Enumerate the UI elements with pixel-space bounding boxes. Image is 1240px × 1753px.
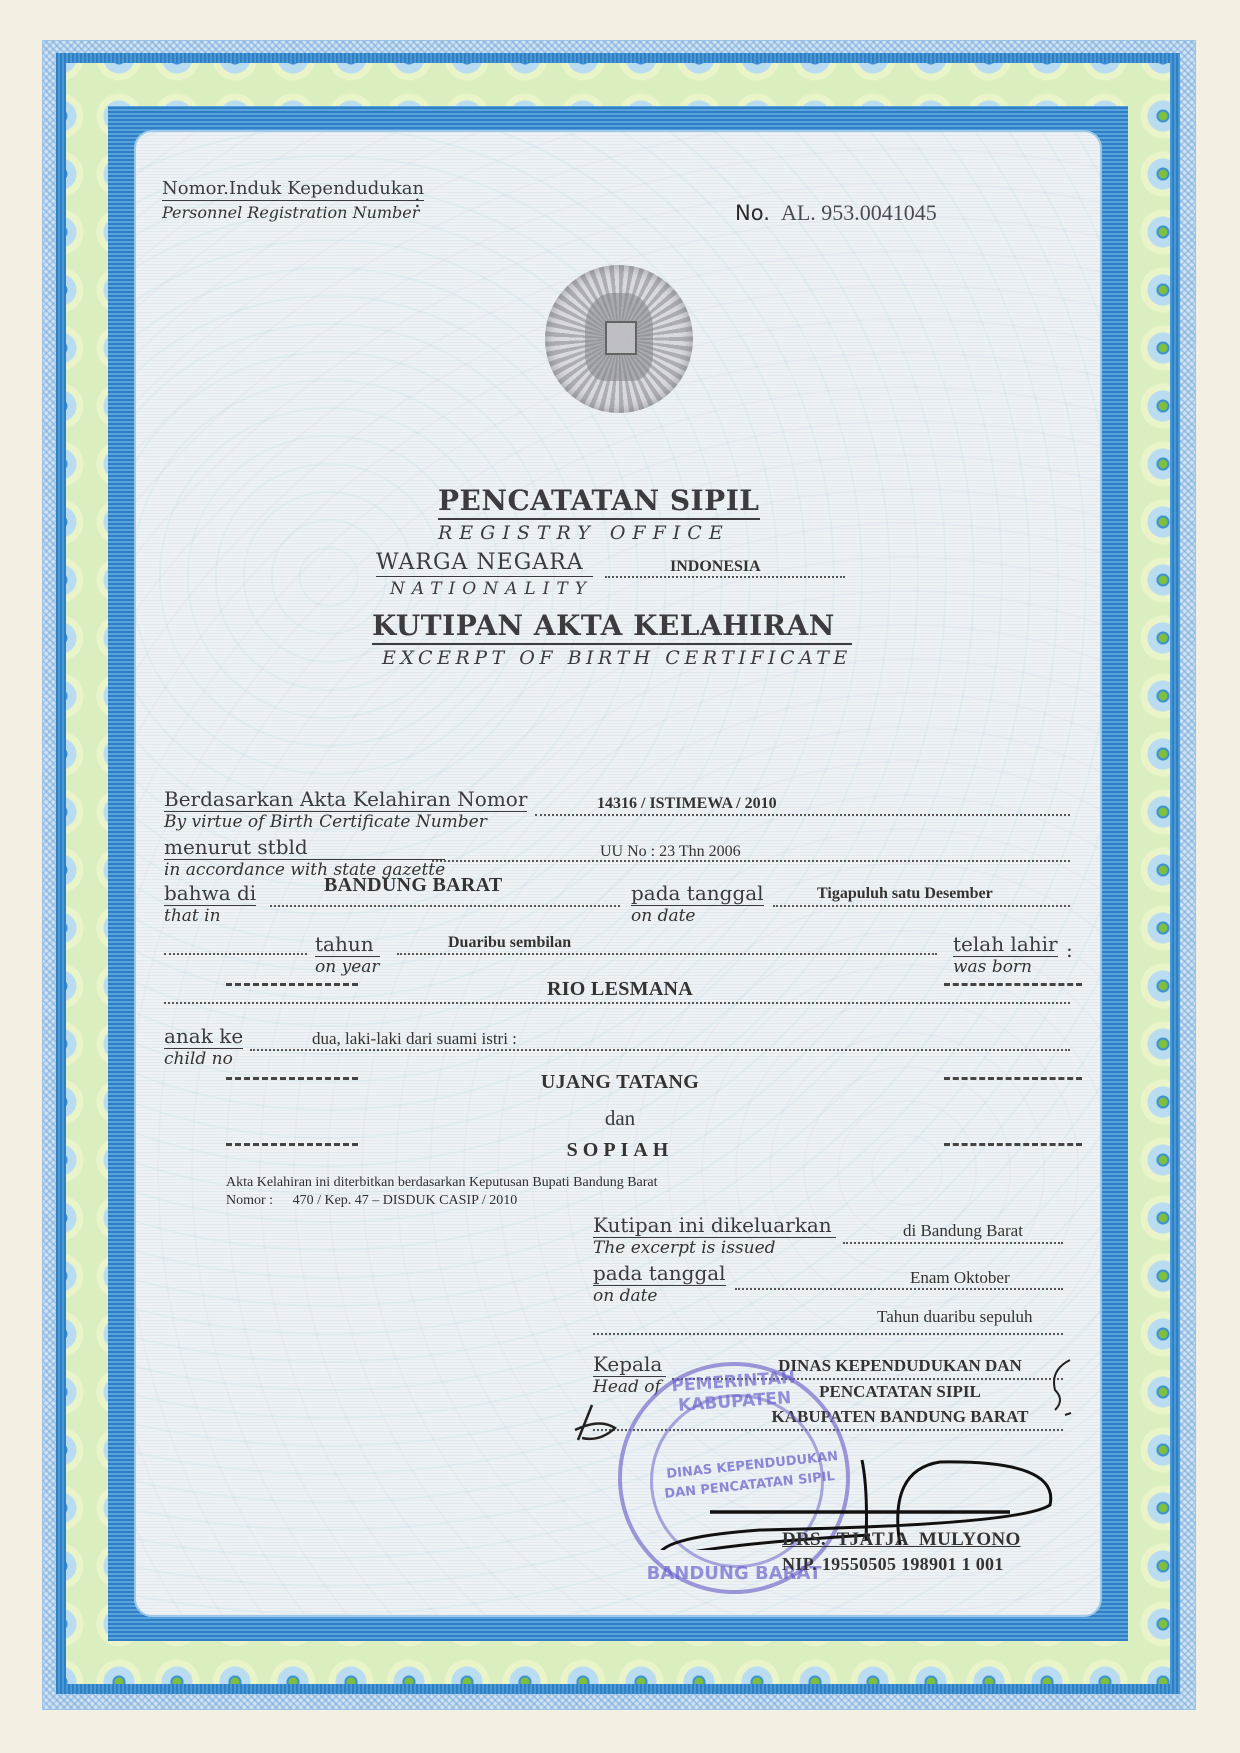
paraf-mark-icon	[1045, 1355, 1085, 1435]
document-title: KUTIPAN AKTA KELAHIRAN	[372, 609, 852, 645]
pancasila-shield-shape	[605, 321, 637, 355]
issued-label-block: Kutipan ini dikeluarkan The excerpt is i…	[593, 1215, 836, 1257]
office-title-en: REGISTRY OFFICE	[438, 522, 760, 544]
gazette-label: menurut stbld	[164, 837, 445, 860]
document-title-block: KUTIPAN AKTA KELAHIRAN EXCERPT OF BIRTH …	[372, 609, 852, 669]
paraf-initial-icon	[570, 1400, 630, 1450]
year-left-dotted-line	[164, 953, 307, 955]
child-no-value: dua, laki-laki dari suami istri :	[312, 1030, 517, 1047]
year-label-en: on year	[315, 959, 380, 976]
place-dotted-line	[270, 905, 620, 907]
birth-date-label: pada tanggal	[631, 883, 764, 906]
mother-name: SOPIAH	[520, 1140, 720, 1160]
year-label-block: tahun on year	[315, 934, 380, 976]
garuda-emblem-icon	[545, 265, 693, 413]
place-value: BANDUNG BARAT	[324, 875, 503, 895]
conjunction: dan	[580, 1108, 660, 1129]
born-colon: :	[1066, 940, 1073, 960]
office-title: PENCATATAN SIPIL	[438, 484, 760, 520]
place-label-block: bahwa di that in	[164, 883, 256, 925]
mother-dash-left	[226, 1143, 358, 1146]
year-dotted-line	[397, 953, 937, 955]
nationality-dotted-line	[605, 576, 845, 578]
nik-colon: :	[414, 190, 421, 210]
child-name-dotted-line	[164, 1002, 1070, 1004]
serial-no-value: AL. 953.0041045	[781, 200, 937, 225]
cert-number-label-en: By virtue of Birth Certificate Number	[164, 814, 527, 831]
year-value: Duaribu sembilan	[448, 935, 571, 951]
child-name-dash-left	[226, 983, 358, 986]
issued-value: di Bandung Barat	[903, 1222, 1023, 1239]
place-label: bahwa di	[164, 883, 256, 906]
father-dash-left	[226, 1077, 358, 1080]
office-title-block: PENCATATAN SIPIL REGISTRY OFFICE	[438, 484, 760, 544]
nik-label: Nomor.Induk Kependudukan	[162, 180, 424, 201]
decree-number-value: 470 / Kep. 47 – DISDUK CASIP / 2010	[293, 1193, 518, 1208]
father-name: UJANG TATANG	[480, 1072, 760, 1092]
child-no-label: anak ke	[164, 1026, 243, 1049]
cert-number-label-block: Berdasarkan Akta Kelahiran Nomor By virt…	[164, 789, 527, 831]
child-no-dotted-line	[250, 1049, 1070, 1051]
birth-date-value: Tigapuluh satu Desember	[817, 886, 993, 902]
garuda-bird-shape	[585, 293, 653, 381]
head-label: Kepala	[593, 1354, 666, 1377]
nationality-label: WARGA NEGARA	[376, 552, 593, 577]
issued-label-en: The excerpt is issued	[593, 1240, 836, 1257]
year-label: tahun	[315, 934, 380, 957]
cert-number-value: 14316 / ISTIMEWA / 2010	[597, 796, 777, 812]
serial-number: No. AL. 953.0041045	[735, 200, 937, 226]
child-no-label-en: child no	[164, 1051, 243, 1068]
child-no-label-block: anak ke child no	[164, 1026, 243, 1068]
issue-date-label-block: pada tanggal on date	[593, 1263, 726, 1305]
issue-date-value: Enam Oktober	[910, 1269, 1010, 1286]
cert-number-dotted-line	[535, 814, 1070, 816]
decree-line1: Akta Kelahiran ini diterbitkan berdasark…	[226, 1174, 658, 1192]
document-title-en: EXCERPT OF BIRTH CERTIFICATE	[382, 647, 852, 669]
serial-no-label: No.	[735, 201, 770, 225]
born-label: telah lahir	[953, 934, 1058, 957]
place-label-en: that in	[164, 908, 256, 925]
decree-note: Akta Kelahiran ini diterbitkan berdasark…	[226, 1174, 658, 1210]
father-dash-right	[944, 1077, 1082, 1080]
child-name: RIO LESMANA	[480, 979, 760, 999]
issued-dotted-line	[843, 1242, 1063, 1244]
nationality-label-en: NATIONALITY	[390, 579, 593, 599]
nik-field: Nomor.Induk Kependudukan Personnel Regis…	[162, 180, 424, 221]
issue-year-dotted-line	[593, 1333, 1063, 1335]
issue-date-label: pada tanggal	[593, 1263, 726, 1286]
issue-date-label-en: on date	[593, 1288, 726, 1305]
signatory-nip: NIP. 19550505 198901 1 001	[782, 1555, 1004, 1573]
mother-dash-right	[944, 1143, 1082, 1146]
birth-date-label-block: pada tanggal on date	[631, 883, 764, 925]
issue-date-dotted-line	[735, 1288, 1063, 1290]
gazette-dotted-line	[432, 860, 1070, 862]
nationality-label-block: WARGA NEGARA NATIONALITY	[376, 552, 593, 599]
signatory-name: DRS. TJATJA MULYONO	[782, 1530, 1021, 1549]
gazette-label-block: menurut stbld in accordance with state g…	[164, 837, 445, 879]
decree-number-label: Nomor :	[226, 1193, 273, 1208]
birth-date-dotted-line	[773, 905, 1070, 907]
child-name-dash-right	[944, 983, 1082, 986]
decree-line2: Nomor : 470 / Kep. 47 – DISDUK CASIP / 2…	[226, 1192, 658, 1210]
nationality-value: INDONESIA	[670, 559, 761, 575]
born-label-en: was born	[953, 959, 1058, 976]
gazette-value: UU No : 23 Thn 2006	[600, 844, 741, 860]
birth-date-label-en: on date	[631, 908, 764, 925]
issued-label: Kutipan ini dikeluarkan	[593, 1215, 836, 1238]
nik-label-en: Personnel Registration Number	[162, 205, 424, 221]
issue-year-value: Tahun duaribu sepuluh	[877, 1308, 1033, 1325]
born-label-block: telah lahir was born	[953, 934, 1058, 976]
cert-number-label: Berdasarkan Akta Kelahiran Nomor	[164, 789, 527, 812]
